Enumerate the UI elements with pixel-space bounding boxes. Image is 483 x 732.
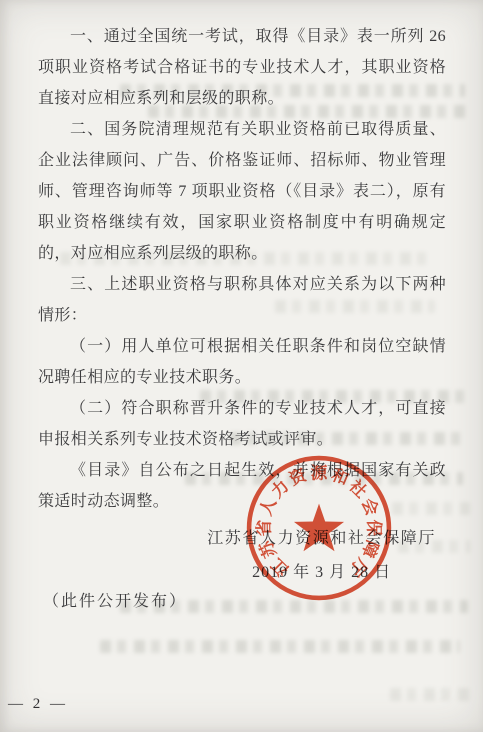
bleed-through-artifact bbox=[100, 640, 460, 653]
paragraph-4: （一）用人单位可根据相关任职条件和岗位空缺情况聘任相应的专业技术职务。 bbox=[38, 331, 446, 393]
official-seal: 江苏省人力资源和社会保障厅 bbox=[243, 452, 395, 604]
svg-text:苏: 苏 bbox=[255, 537, 280, 561]
bleed-through-artifact bbox=[390, 688, 470, 701]
paragraph-1: 一、通过全国统一考试，取得《目录》表一所列 26 项职业资格考试合格证书的专业技… bbox=[38, 21, 446, 114]
paragraph-2: 二、国务院清理规范有关职业资格前已取得质量、企业法律顾问、广告、价格鉴证师、招标… bbox=[38, 114, 446, 269]
paragraph-5: （二）符合职称晋升条件的专业技术人才，可直接申报相关系列专业技术资格考试或评审。 bbox=[38, 393, 446, 455]
svg-text:省: 省 bbox=[254, 519, 273, 536]
svg-text:资: 资 bbox=[286, 464, 310, 489]
svg-text:源: 源 bbox=[311, 462, 328, 482]
document-page: 一、通过全国统一考试，取得《目录》表一所列 26 项职业资格考试合格证书的专业技… bbox=[0, 0, 483, 732]
seal-star-icon bbox=[294, 504, 344, 552]
svg-text:保: 保 bbox=[365, 520, 385, 537]
document-body: 一、通过全国统一考试，取得《目录》表一所列 26 项职业资格考试合格证书的专业技… bbox=[38, 21, 446, 517]
page-number: — 2 — bbox=[8, 696, 68, 713]
paragraph-3: 三、上述职业资格与职称具体对应关系为以下两种情形： bbox=[38, 269, 446, 331]
svg-text:会: 会 bbox=[358, 495, 383, 518]
footer-note: （此件公开发布） bbox=[43, 588, 187, 611]
